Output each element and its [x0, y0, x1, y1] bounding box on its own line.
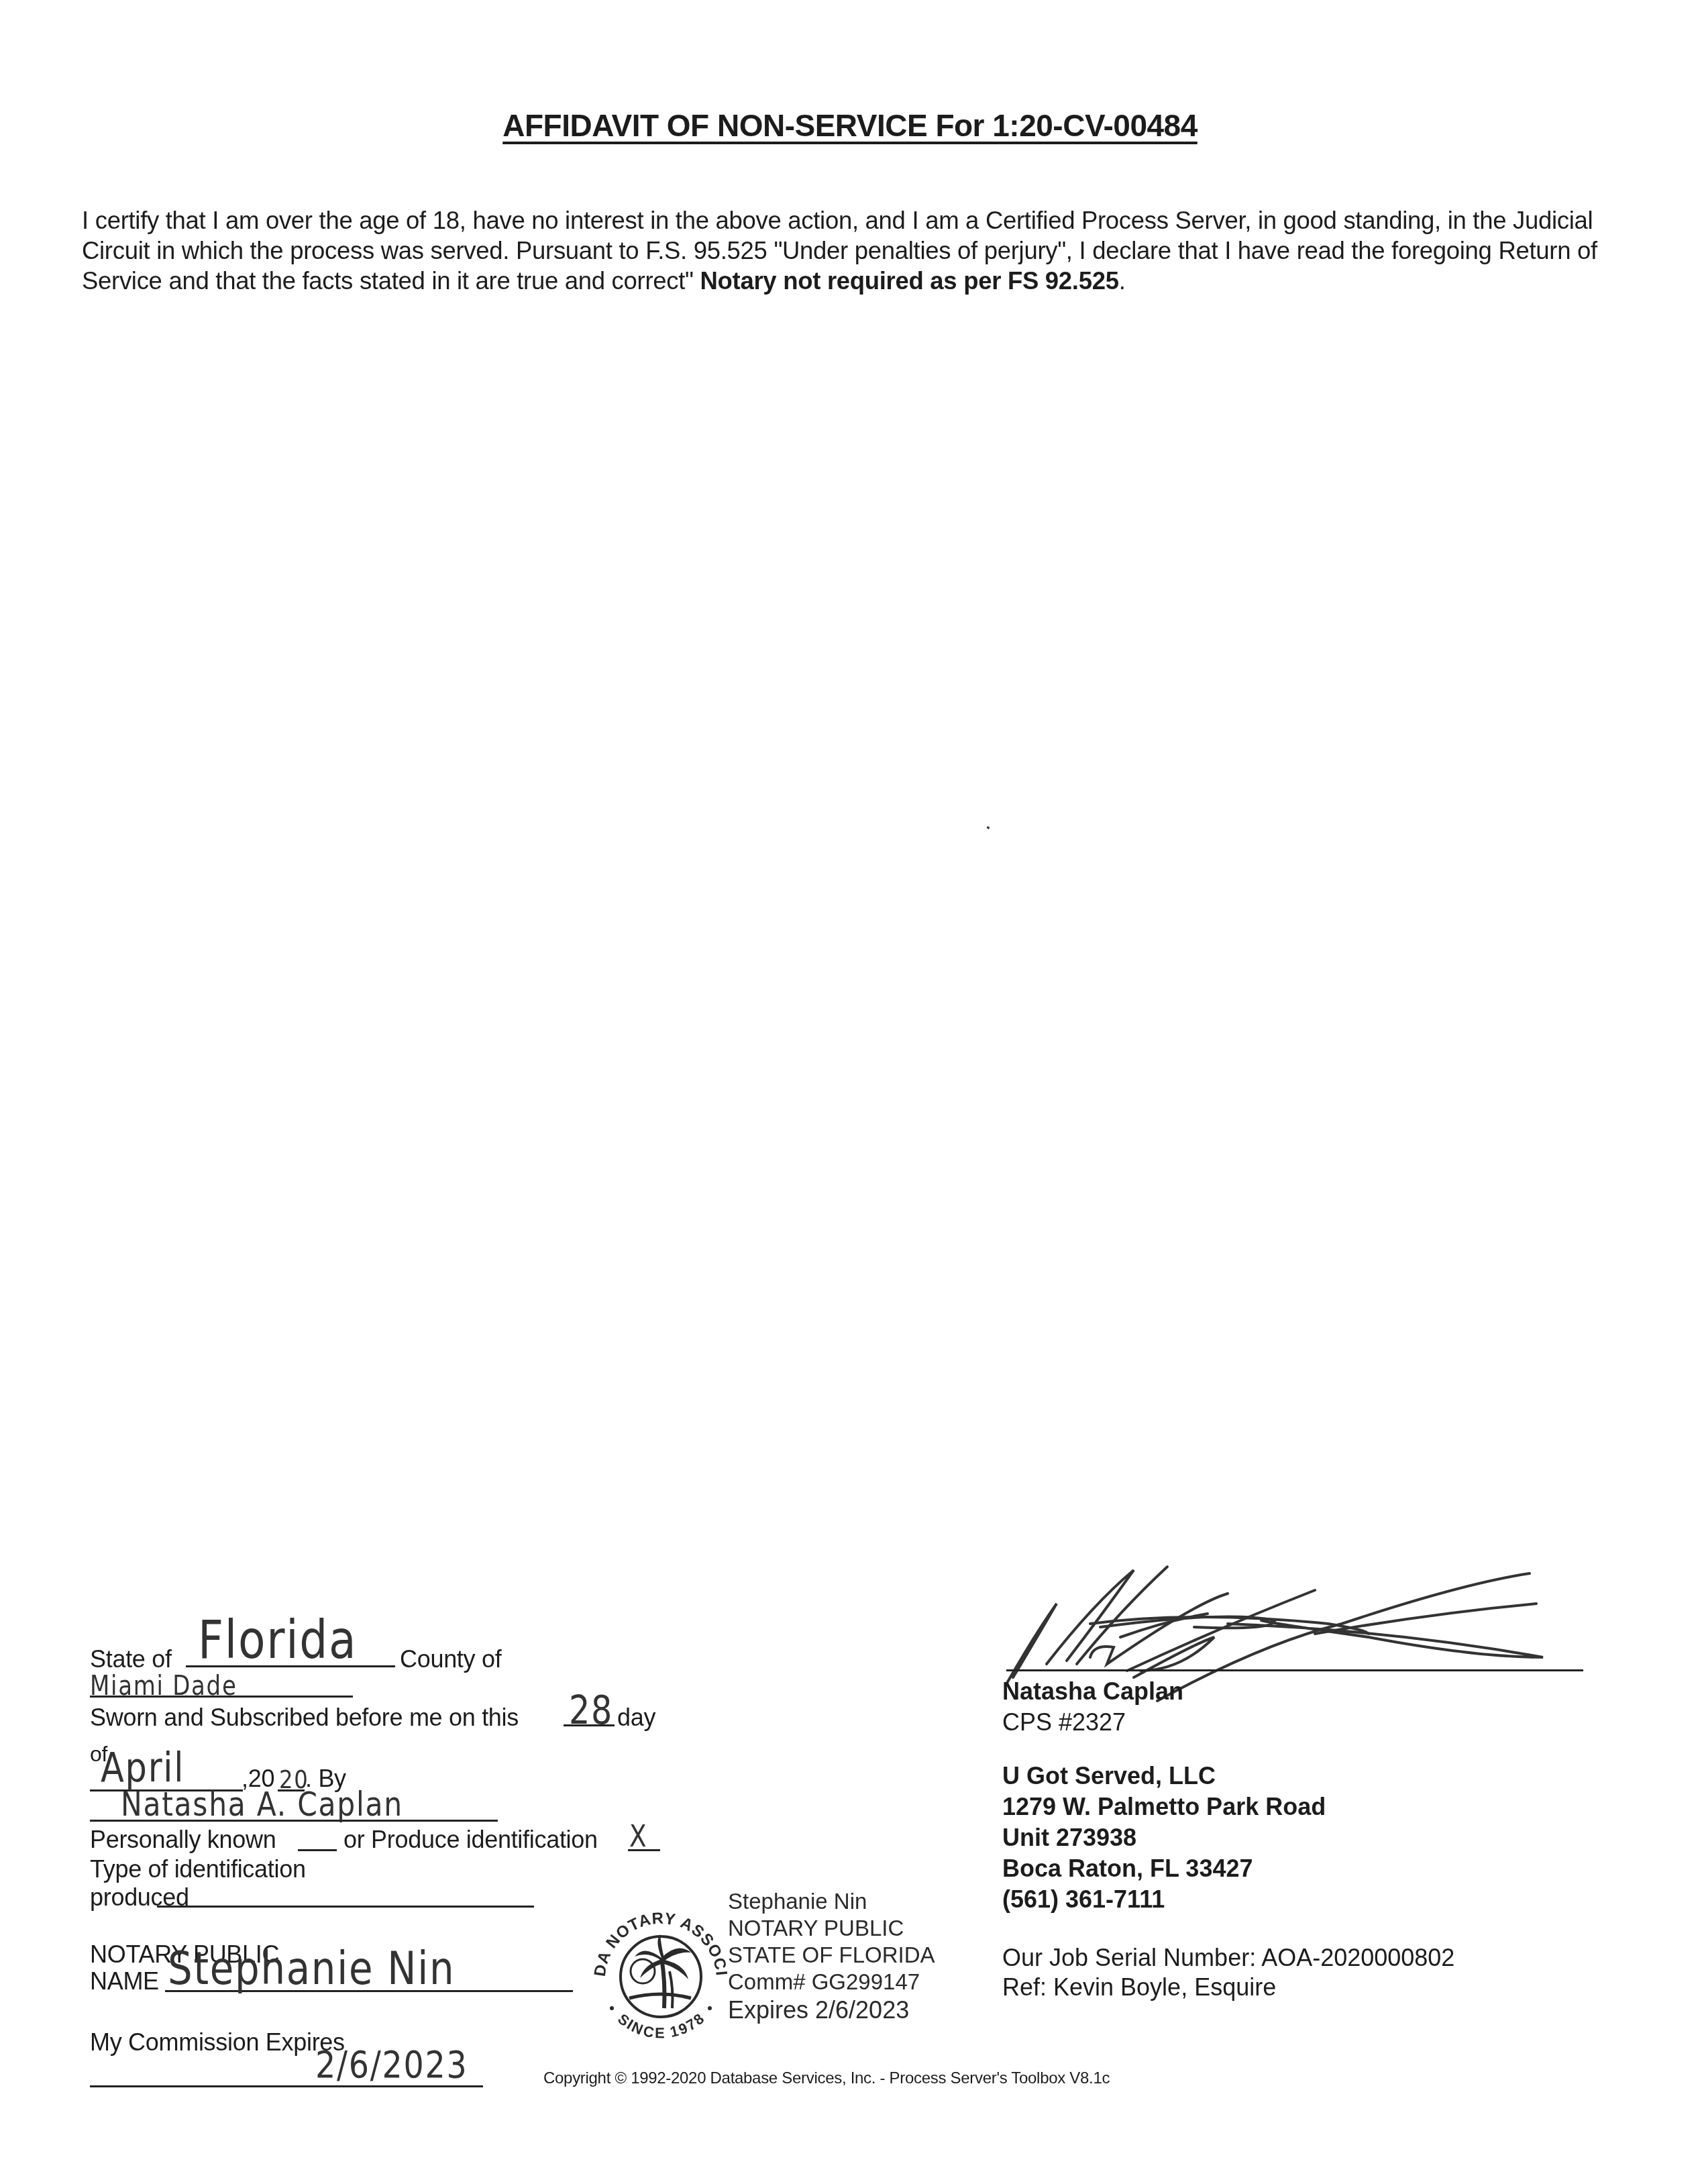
company-name: U Got Served, LLC	[1002, 1761, 1326, 1791]
stamp-line: Comm# GG299147	[728, 1969, 935, 1995]
notary-signature-handwriting: Stephanie Nin	[168, 1942, 455, 1995]
signature-line	[1006, 1669, 1583, 1671]
title-text: AFFIDAVIT OF NON-SERVICE For 1:20-CV-004…	[502, 108, 1198, 143]
personally-known-line	[298, 1849, 337, 1851]
company-phone: (561) 361-7111	[1002, 1884, 1326, 1915]
sworn-label: Sworn and Subscribed before me on this	[90, 1706, 519, 1730]
notary-name-label: NAME	[90, 1969, 159, 1993]
svg-text:SINCE 1978: SINCE 1978	[615, 2010, 707, 2041]
county-field-handwriting: Miami Dade	[90, 1671, 237, 1702]
state-field-handwriting: Florida	[198, 1610, 357, 1671]
document-title: AFFIDAVIT OF NON-SERVICE For 1:20-CV-004…	[0, 107, 1700, 144]
by-field-handwriting: Natasha A. Caplan	[121, 1785, 403, 1824]
type-id-field-line	[157, 1906, 534, 1908]
stamp-line: Stephanie Nin	[728, 1888, 935, 1915]
florida-notary-seal-icon: FLORIDA NOTARY ASSOCIATION SINCE 1978	[590, 1904, 731, 2045]
personally-known-label: Personally known	[90, 1828, 276, 1852]
job-serial-number: Our Job Serial Number: AOA-2020000802	[1002, 1943, 1454, 1973]
stamp-line: NOTARY PUBLIC	[728, 1915, 935, 1942]
county-label: County of	[400, 1647, 501, 1671]
company-address: U Got Served, LLC 1279 W. Palmetto Park …	[1002, 1761, 1326, 1915]
notary-note: Notary not required as per FS 92.525	[700, 267, 1119, 295]
stamp-line: STATE OF FLORIDA	[728, 1942, 935, 1969]
state-label: State of	[90, 1647, 172, 1671]
stamp-line: Expires 2/6/2023	[728, 1997, 935, 2024]
company-city: Boca Raton, FL 33427	[1002, 1853, 1326, 1884]
scan-speck	[987, 826, 990, 829]
signer-cps-number: CPS #2327	[1002, 1708, 1126, 1736]
day-field-handwriting: 28	[569, 1687, 613, 1733]
type-id-label: Type of identification	[90, 1857, 306, 1881]
company-street: 1279 W. Palmetto Park Road	[1002, 1791, 1326, 1822]
produce-id-check-mark: X	[629, 1820, 647, 1854]
signer-name: Natasha Caplan	[1002, 1677, 1183, 1706]
job-reference: Our Job Serial Number: AOA-2020000802 Re…	[1002, 1943, 1454, 2002]
reference: Ref: Kevin Boyle, Esquire	[1002, 1973, 1454, 2002]
day-label: day	[617, 1706, 655, 1730]
company-unit: Unit 273938	[1002, 1822, 1326, 1853]
commission-field-handwriting: 2/6/2023	[315, 2043, 468, 2087]
certification-paragraph: I certify that I am over the age of 18, …	[82, 205, 1625, 296]
produce-id-label: or Produce identification	[343, 1828, 598, 1852]
copyright-footer: Copyright © 1992-2020 Database Services,…	[543, 2069, 1110, 2088]
commission-label: My Commission Expires	[90, 2030, 345, 2055]
end-punctuation: .	[1119, 267, 1126, 295]
stamp-text-block: Stephanie Nin NOTARY PUBLIC STATE OF FLO…	[728, 1888, 935, 2024]
